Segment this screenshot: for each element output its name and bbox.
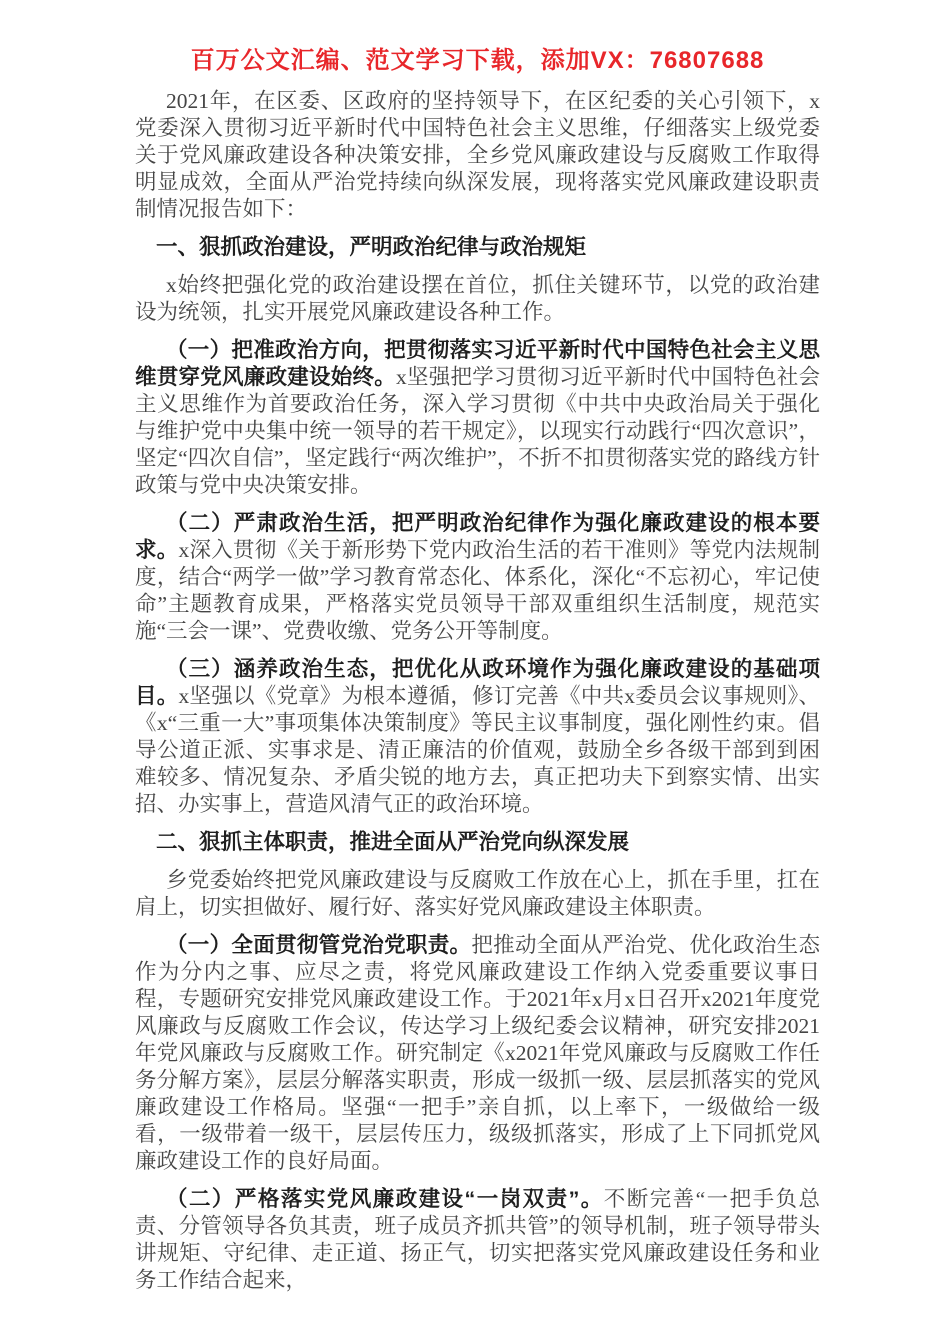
section-1-item-2-text: x深入贯彻《关于新形势下党内政治生活的若干准则》等党内法规制度，结合“两学一做”… xyxy=(135,538,820,643)
section-1-opening-paragraph: x始终把强化党的政治建设摆在首位，抓住关键环节，以党的政治建设为统领，扎实开展党… xyxy=(135,272,820,326)
section-1-item-3: （三）涵养政治生态，把优化从政环境作为强化廉政建设的基础项目。x坚强以《党章》为… xyxy=(135,656,820,818)
watermark-notice: 百万公文汇编、范文学习下载，添加VX：76807688 xyxy=(135,46,820,75)
section-1-heading: 一、狠抓政治建设，严明政治纪律与政治规矩 xyxy=(135,234,820,261)
page-number: 1 xyxy=(356,1244,365,1264)
section-2-heading: 二、狠抓主体职责，推进全面从严治党向纵深发展 xyxy=(135,829,820,856)
section-2-item-1-text: 把推动全面从严治党、优化政治生态作为分内之事、应尽之责，将党风廉政建设工作纳入党… xyxy=(135,933,820,1173)
intro-paragraph: 2021年，在区委、区政府的坚持领导下，在区纪委的关心引领下，x党委深入贯彻习近… xyxy=(135,88,820,223)
section-2-item-1-lead: （一）全面贯彻管党治党职责。 xyxy=(166,933,471,957)
section-2-item-2: （二）严格落实党风廉政建设“一岗双责”。不断完善“一把手负总责、分管领导各负其责… xyxy=(135,1186,820,1294)
section-2-item-1: （一）全面贯彻管党治党职责。把推动全面从严治党、优化政治生态作为分内之事、应尽之… xyxy=(135,932,820,1175)
section-2-item-2-lead: （二）严格落实党风廉政建设“一岗双责”。 xyxy=(166,1187,604,1211)
section-1-item-1: （一）把准政治方向，把贯彻落实习近平新时代中国特色社会主义思维贯穿党风廉政建设始… xyxy=(135,337,820,499)
section-1-item-2: （二）严肃政治生活，把严明政治纪律作为强化廉政建设的根本要求。x深入贯彻《关于新… xyxy=(135,510,820,645)
document-page: 百万公文汇编、范文学习下载，添加VX：76807688 2021年，在区委、区政… xyxy=(0,0,950,1344)
section-1-item-3-text: x坚强以《党章》为根本遵循，修订完善《中共x委员会议事规则》、《x“三重一大”事… xyxy=(135,684,820,816)
section-2-opening-paragraph: 乡党委始终把党风廉政建设与反腐败工作放在心上，抓在手里，扛在肩上，切实担做好、履… xyxy=(135,867,820,921)
